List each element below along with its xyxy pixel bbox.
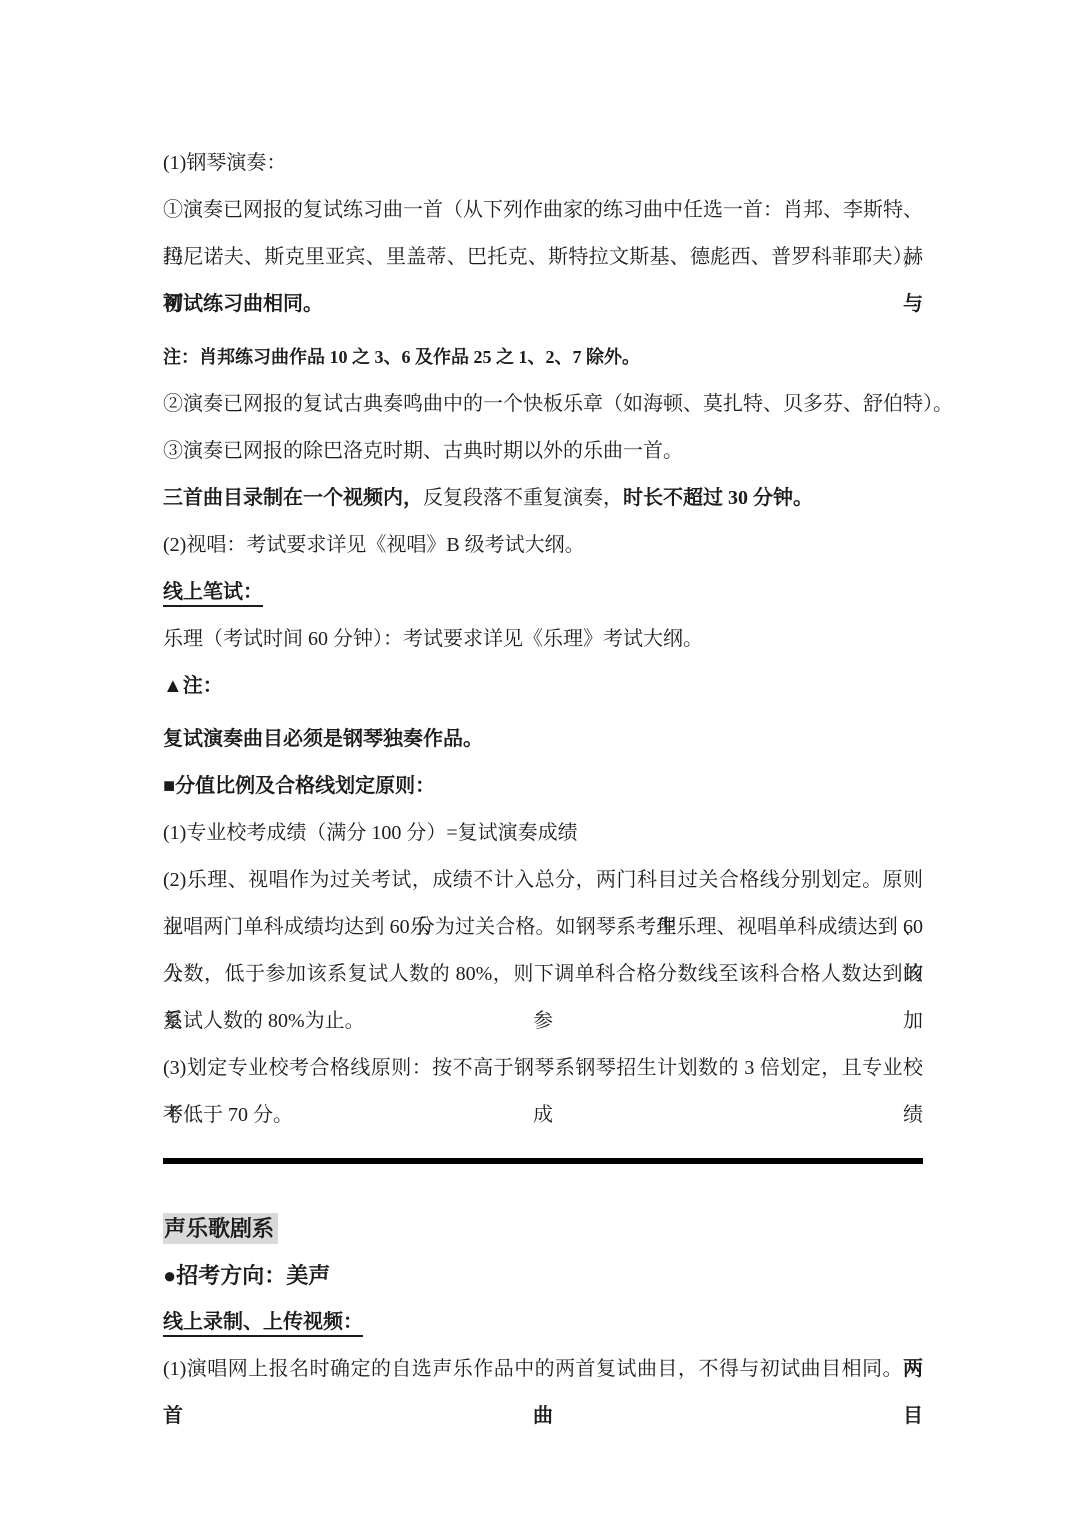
etude-requirement-line-2: 玛尼诺夫、斯克里亚宾、里盖蒂、巴托克、斯特拉文斯基、德彪西、普罗科菲耶夫），可与 — [163, 234, 923, 281]
score-rule-1: (1)专业校考成绩（满分 100 分）=复试演奏成绩 — [163, 810, 923, 857]
text-segment: 初试练习曲相同。 — [163, 293, 323, 315]
online-recording-heading: 线上录制、上传视频： — [163, 1299, 923, 1346]
score-rule-3-line-1: (3)划定专业校考合格线原则：按不高于钢琴系钢琴招生计划数的 3 倍划定，且专业… — [163, 1045, 923, 1092]
online-written-exam-heading: 线上笔试： — [163, 569, 923, 616]
vocal-opera-dept-heading: 声乐歌剧系 — [163, 1205, 923, 1252]
piano-performance-heading: (1)钢琴演奏： — [163, 140, 923, 187]
document-page: (1)钢琴演奏：①演奏已网报的复试练习曲一首（从下列作曲家的练习曲中任选一首：肖… — [0, 0, 1080, 1527]
triangle-note-heading: ▲注： — [163, 663, 923, 710]
chopin-note: 注：肖邦练习曲作品 10 之 3、6 及作品 25 之 1、2、7 除外。 — [163, 334, 923, 381]
document-content: (1)钢琴演奏：①演奏已网报的复试练习曲一首（从下列作曲家的练习曲中任选一首：肖… — [163, 140, 923, 1393]
text-segment: 玛尼诺夫、斯克里亚宾、里盖蒂、巴托克、斯特拉文斯基、德彪西、普罗科菲耶夫）， — [163, 246, 923, 268]
text-segment: 线上笔试： — [163, 581, 263, 603]
text-segment: (1)专业校考成绩（满分 100 分）=复试演奏成绩 — [163, 822, 578, 844]
text-segment: 三首曲目录制在一个视频内， — [163, 487, 423, 509]
text-segment: 复试演奏曲目必须是钢琴独奏作品。 — [163, 728, 483, 750]
music-theory-requirement: 乐理（考试时间 60 分钟）：考试要求详见《乐理》考试大纲。 — [163, 616, 923, 663]
video-recording-rule: 三首曲目录制在一个视频内，反复段落不重复演奏，时长不超过 30 分钟。 — [163, 475, 923, 522]
text-segment: 注：肖邦练习曲作品 10 之 3、6 及作品 25 之 1、2、7 除外。 — [163, 347, 640, 367]
text-segment: (2)视唱：考试要求详见《视唱》B 级考试大纲。 — [163, 534, 585, 556]
text-segment: 反复段落不重复演奏， — [423, 487, 623, 509]
sonata-requirement: ②演奏已网报的复试古典奏鸣曲中的一个快板乐章（如海顿、莫扎特、贝多芬、舒伯特）。 — [163, 381, 923, 428]
text-segment: ●招考方向：美声 — [163, 1263, 330, 1288]
score-rule-2-line-2: 视唱两门单科成绩均达到 60 分为过关合格。如钢琴系考生乐理、视唱单科成绩达到 … — [163, 904, 923, 951]
text-segment: (1)钢琴演奏： — [163, 152, 286, 174]
text-segment: ▲注： — [163, 675, 223, 697]
score-ratio-heading: ■分值比例及合格线划定原则： — [163, 763, 923, 810]
text-segment: 线上录制、上传视频： — [163, 1311, 363, 1333]
section-divider — [163, 1158, 923, 1205]
text-segment: ②演奏已网报的复试古典奏鸣曲中的一个快板乐章（如海顿、莫扎特、贝多芬、舒伯特）。 — [163, 393, 953, 415]
solo-work-note: 复试演奏曲目必须是钢琴独奏作品。 — [163, 716, 923, 763]
text-segment: 复试人数的 80%为止。 — [163, 1010, 365, 1032]
etude-requirement-line-1: ①演奏已网报的复试练习曲一首（从下列作曲家的练习曲中任选一首：肖邦、李斯特、拉赫 — [163, 187, 923, 234]
text-segment: 时长不超过 30 分钟。 — [623, 487, 813, 509]
score-rule-2-line-1: (2)乐理、视唱作为过关考试，成绩不计入总分，两门科目过关合格线分别划定。原则上… — [163, 857, 923, 904]
text-segment: ③演奏已网报的除巴洛克时期、古典时期以外的乐曲一首。 — [163, 440, 683, 462]
free-piece-requirement: ③演奏已网报的除巴洛克时期、古典时期以外的乐曲一首。 — [163, 428, 923, 475]
vocal-rule-1: (1)演唱网上报名时确定的自选声乐作品中的两首复试曲目，不得与初试曲目相同。两首… — [163, 1346, 923, 1393]
text-segment: ■分值比例及合格线划定原则： — [163, 775, 435, 797]
section-divider-bar — [163, 1158, 923, 1164]
text-segment: 不低于 70 分。 — [163, 1104, 293, 1126]
text-segment: 声乐歌剧系 — [163, 1213, 278, 1244]
admission-direction-heading: ●招考方向：美声 — [163, 1252, 923, 1299]
text-segment: 乐理（考试时间 60 分钟）：考试要求详见《乐理》考试大纲。 — [163, 628, 703, 650]
score-rule-2-line-3: 人数，低于参加该系复试人数的 80%，则下调单科合格分数线至该科合格人数达到该系… — [163, 951, 923, 998]
text-segment: (1)演唱网上报名时确定的自选声乐作品中的两首复试曲目，不得与初试曲目相同。 — [163, 1358, 903, 1380]
sight-singing-requirement: (2)视唱：考试要求详见《视唱》B 级考试大纲。 — [163, 522, 923, 569]
